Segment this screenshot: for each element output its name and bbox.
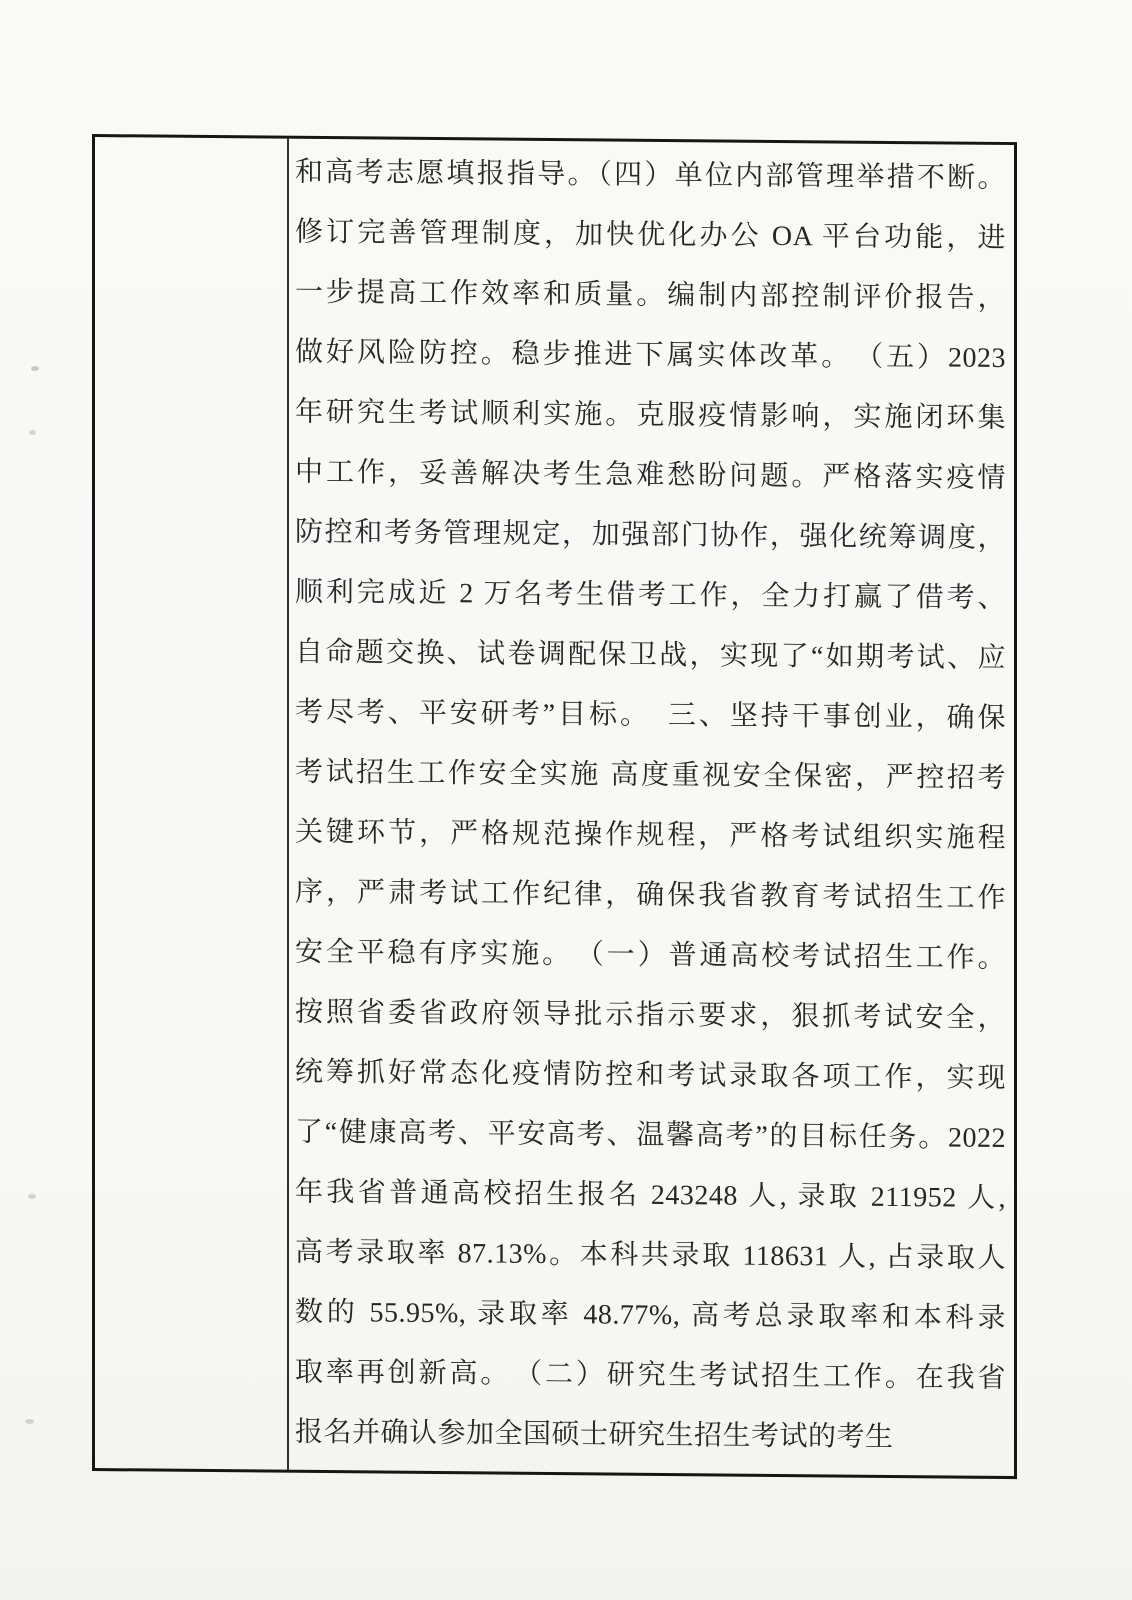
- text-line: 年研究生考试顺利实施。克服疫情影响，实施闭环集: [295, 383, 1006, 449]
- text-line: 防控和考务管理规定，加强部门协作，强化统筹调度，: [295, 503, 1006, 569]
- text-line: 取率再创新高。 （二）研究生考试招生工作。在我省: [295, 1343, 1006, 1409]
- text-line: 序，严肃考试工作纪律，确保我省教育考试招生工作: [295, 863, 1006, 929]
- scan-speck: [31, 366, 39, 371]
- text-line: 做好风险防控。稳步推进下属实体改革。 （五）2023: [295, 323, 1006, 389]
- text-line: 修订完善管理制度，加快优化办公 OA 平台功能，进: [295, 203, 1006, 269]
- text-line: 和高考志愿填报指导。（四）单位内部管理举措不断。: [295, 143, 1006, 209]
- text-line: 考试招生工作安全实施 高度重视安全保密，严控招考: [295, 743, 1006, 809]
- text-line: 统筹抓好常态化疫情防控和考试录取各项工作，实现: [295, 1043, 1006, 1109]
- text-line: 中工作，妥善解决考生急难愁盼问题。严格落实疫情: [295, 443, 1006, 509]
- text-line: 关键环节，严格规范操作规程，严格考试组织实施程: [295, 803, 1006, 869]
- text-line: 安全平稳有序实施。 （一）普通高校考试招生工作。: [295, 923, 1006, 989]
- table-column-divider: [287, 139, 289, 1470]
- scan-speck: [28, 1194, 36, 1199]
- scanned-document-page: 和高考志愿填报指导。（四）单位内部管理举措不断。 修订完善管理制度，加快优化办公…: [0, 0, 1132, 1600]
- text-line: 了“健康高考、平安高考、温馨高考”的目标任务。2022: [295, 1103, 1006, 1169]
- text-line: 自命题交换、试卷调配保卫战，实现了“如期考试、应: [295, 623, 1006, 689]
- text-line: 高考录取率 87.13%。本科共录取 118631 人, 占录取人: [295, 1223, 1006, 1289]
- text-line: 报名并确认参加全国硕士研究生招生考试的考生: [295, 1403, 1006, 1469]
- text-line: 年我省普通高校招生报名 243248 人, 录取 211952 人,: [295, 1163, 1006, 1229]
- table-label-cell-empty: [95, 137, 287, 1470]
- scan-speck: [29, 430, 36, 435]
- text-line: 顺利完成近 2 万名考生借考工作，全力打赢了借考、: [295, 563, 1006, 629]
- report-table-row: 和高考志愿填报指导。（四）单位内部管理举措不断。 修订完善管理制度，加快优化办公…: [92, 134, 1017, 1479]
- report-text-cell: 和高考志愿填报指导。（四）单位内部管理举措不断。 修订完善管理制度，加快优化办公…: [289, 139, 1014, 1476]
- scan-speck: [25, 1419, 34, 1424]
- text-line: 考尽考、平安研考”目标。 三、坚持干事创业，确保: [295, 683, 1006, 749]
- text-line: 一步提高工作效率和质量。编制内部控制评价报告，: [295, 263, 1006, 329]
- text-line: 按照省委省政府领导批示指示要求，狠抓考试安全，: [295, 983, 1006, 1049]
- text-line: 数的 55.95%, 录取率 48.77%, 高考总录取率和本科录: [295, 1283, 1006, 1349]
